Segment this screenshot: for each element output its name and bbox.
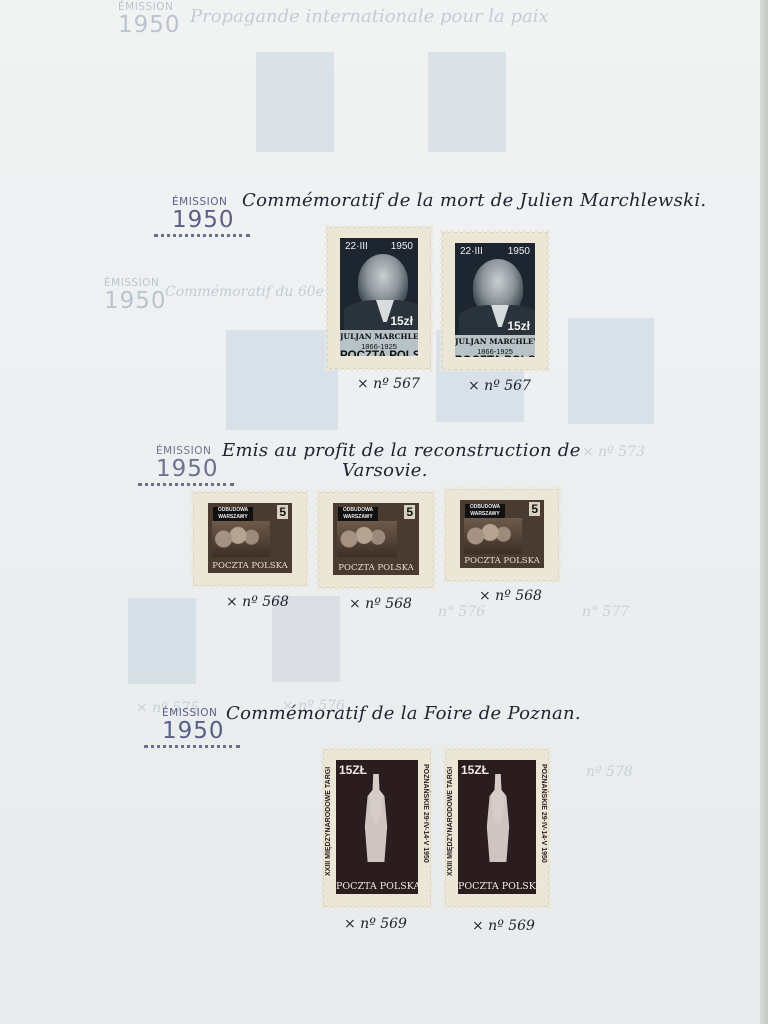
ghost-stamp (428, 52, 506, 152)
ghost-stamp (256, 52, 334, 152)
stamp-country: POCZTA POLSKA (340, 350, 418, 356)
album-spine (760, 0, 768, 1024)
dotted-rule (154, 234, 250, 237)
catalog-number: × nº 569 (472, 918, 535, 934)
stamp-value: 15ZŁ (461, 763, 489, 777)
stamp-country: POCZTA POLSKA (460, 556, 544, 566)
stamp-country: POCZTA POLSKA (333, 563, 419, 573)
statue (362, 774, 390, 862)
ghost-emission-stamp: ÉMISSION 1950 (104, 278, 167, 313)
stamp-value: 15ZŁ (339, 763, 367, 777)
stamp-poznan-fair: 15ZŁ XXIII MIĘDZYNARODOWE TARGI POZNAŃSK… (324, 750, 430, 906)
workers-scene (337, 521, 397, 557)
stamp-date: 22·III (345, 241, 368, 252)
stamp-marchlewski: 22·III1950 15zł JULJAN MARCHLEWSKI 1866-… (443, 233, 547, 369)
section-heading: Commémoratif de la Foire de Poznan. (226, 703, 581, 724)
stamp-side-text-right: POZNAŃSKIE 29·IV-14·V 1950 (422, 764, 429, 874)
album-page: ÉMISSION 1950 Propagande internationale … (0, 0, 760, 1024)
catalog-number: × nº 568 (349, 596, 412, 612)
stamp-side-text-left: XXIII MIĘDZYNARODOWE TARGI (325, 766, 332, 876)
ghost-stamp (226, 330, 338, 430)
stamp-value: 5 (277, 505, 288, 519)
workers-scene (464, 518, 522, 554)
stamp-country: POCZTA POLSKA (455, 355, 535, 357)
stamp-date: 22·III (460, 246, 483, 257)
stamp-warszawa: ODBUDOWA WARSZAWY 5 POCZTA POLSKA (319, 493, 433, 587)
ghost-emission-year: 1950 (118, 13, 181, 37)
stamp-value: 15zł (390, 314, 413, 328)
catalog-number: × nº 568 (479, 588, 542, 604)
stamp-country: POCZTA POLSKA (336, 881, 418, 892)
ghost-catalog: nº 578 (586, 764, 633, 780)
emission-year: 1950 (172, 208, 250, 232)
catalog-number: × nº 567 (357, 376, 420, 392)
ghost-heading: Propagande internationale pour la paix (190, 6, 549, 27)
ghost-catalog: n° 577 (582, 604, 629, 620)
heading-line-2: Varsovie. (222, 461, 581, 481)
catalog-number: × nº 569 (344, 916, 407, 932)
section-heading: Commémoratif de la mort de Julien Marchl… (242, 190, 706, 211)
ghost-stamp (568, 318, 654, 424)
catalog-number: × nº 568 (226, 594, 289, 610)
stamp-banner: ODBUDOWA WARSZAWY (338, 507, 378, 521)
stamp-value: 5 (529, 502, 540, 516)
ghost-catalog: × nº 573 (582, 444, 645, 460)
stamp-side-text-right: POZNAŃSKIE 29·IV-14·V 1950 (540, 764, 547, 874)
ghost-emission-stamp: ÉMISSION 1950 (118, 2, 181, 37)
stamp-warszawa: ODBUDOWA WARSZAWY 5 POCZTA POLSKA (446, 490, 558, 580)
catalog-number: × nº 567 (468, 378, 531, 394)
statue (484, 774, 512, 862)
workers-scene (212, 521, 270, 557)
ghost-emission-year: 1950 (104, 289, 167, 313)
dotted-rule (138, 483, 234, 486)
stamp-poznan-fair: 15ZŁ XXIII MIĘDZYNARODOWE TARGI POZNAŃSK… (446, 750, 548, 906)
stamp-name: JULJAN MARCHLEWSKI (455, 337, 535, 346)
ghost-stamp (128, 598, 196, 684)
stamp-name: JULJAN MARCHLEWSKI (340, 332, 418, 341)
ghost-catalog: n° 576 (438, 604, 485, 620)
stamp-marchlewski: 22·III1950 15zł JULJAN MARCHLEWSKI 1866-… (328, 228, 430, 368)
stamp-banner: ODBUDOWA WARSZAWY (213, 507, 253, 521)
stamp-country: POCZTA POLSKA (458, 881, 536, 892)
stamp-year: 1950 (508, 246, 530, 257)
stamp-banner: ODBUDOWA WARSZAWY (465, 504, 505, 518)
emission-stamp: ÉMISSION 1950 (172, 197, 250, 237)
stamp-value: 5 (404, 505, 415, 519)
dotted-rule (144, 745, 240, 748)
stamp-country: POCZTA POLSKA (208, 561, 292, 571)
stamp-value: 15zł (507, 319, 530, 333)
stamp-warszawa: ODBUDOWA WARSZAWY 5 POCZTA POLSKA (194, 493, 306, 585)
stamp-side-text-left: XXIII MIĘDZYNARODOWE TARGI (447, 766, 454, 876)
stamp-year: 1950 (391, 241, 413, 252)
section-heading: Emis au profit de la reconstruction de V… (222, 440, 581, 481)
heading-line-1: Emis au profit de la reconstruction de (222, 440, 581, 461)
